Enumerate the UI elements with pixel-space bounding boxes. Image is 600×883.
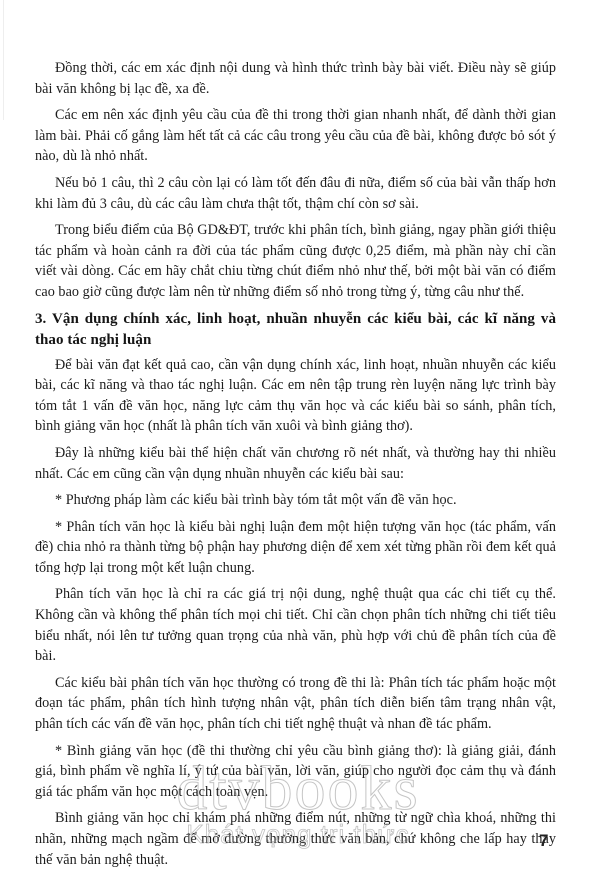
paragraph-9: Bình giảng văn học chỉ khám phá những đi… [35, 808, 556, 870]
page-number: 7 [539, 831, 548, 851]
paragraph-5: Để bài văn đạt kết quả cao, cần vận dụng… [35, 355, 556, 437]
bullet-analysis: * Phân tích văn học là kiểu bài nghị luậ… [35, 517, 556, 579]
paragraph-4: Trong biểu điểm của Bộ GD&ĐT, trước khi … [35, 220, 556, 302]
paragraph-2: Các em nên xác định yêu cầu của đề thi t… [35, 105, 556, 167]
bullet-commentary: * Bình giảng văn học (đề thi thường chỉ … [35, 741, 556, 803]
page-body: Đồng thời, các em xác định nội dung và h… [35, 58, 556, 876]
section-heading-3: 3. Vận dụng chính xác, linh hoạt, nhuần … [35, 309, 556, 351]
paragraph-3: Nếu bỏ 1 câu, thì 2 câu còn lại có làm t… [35, 173, 556, 214]
paragraph-8: Các kiểu bài phân tích văn học thường có… [35, 673, 556, 735]
paragraph-1: Đồng thời, các em xác định nội dung và h… [35, 58, 556, 99]
paragraph-6: Đây là những kiểu bài thể hiện chất văn … [35, 443, 556, 484]
bullet-summary: * Phương pháp làm các kiểu bài trình bày… [35, 490, 556, 511]
page-edge [3, 0, 4, 120]
paragraph-7: Phân tích văn học là chỉ ra các giá trị … [35, 584, 556, 666]
